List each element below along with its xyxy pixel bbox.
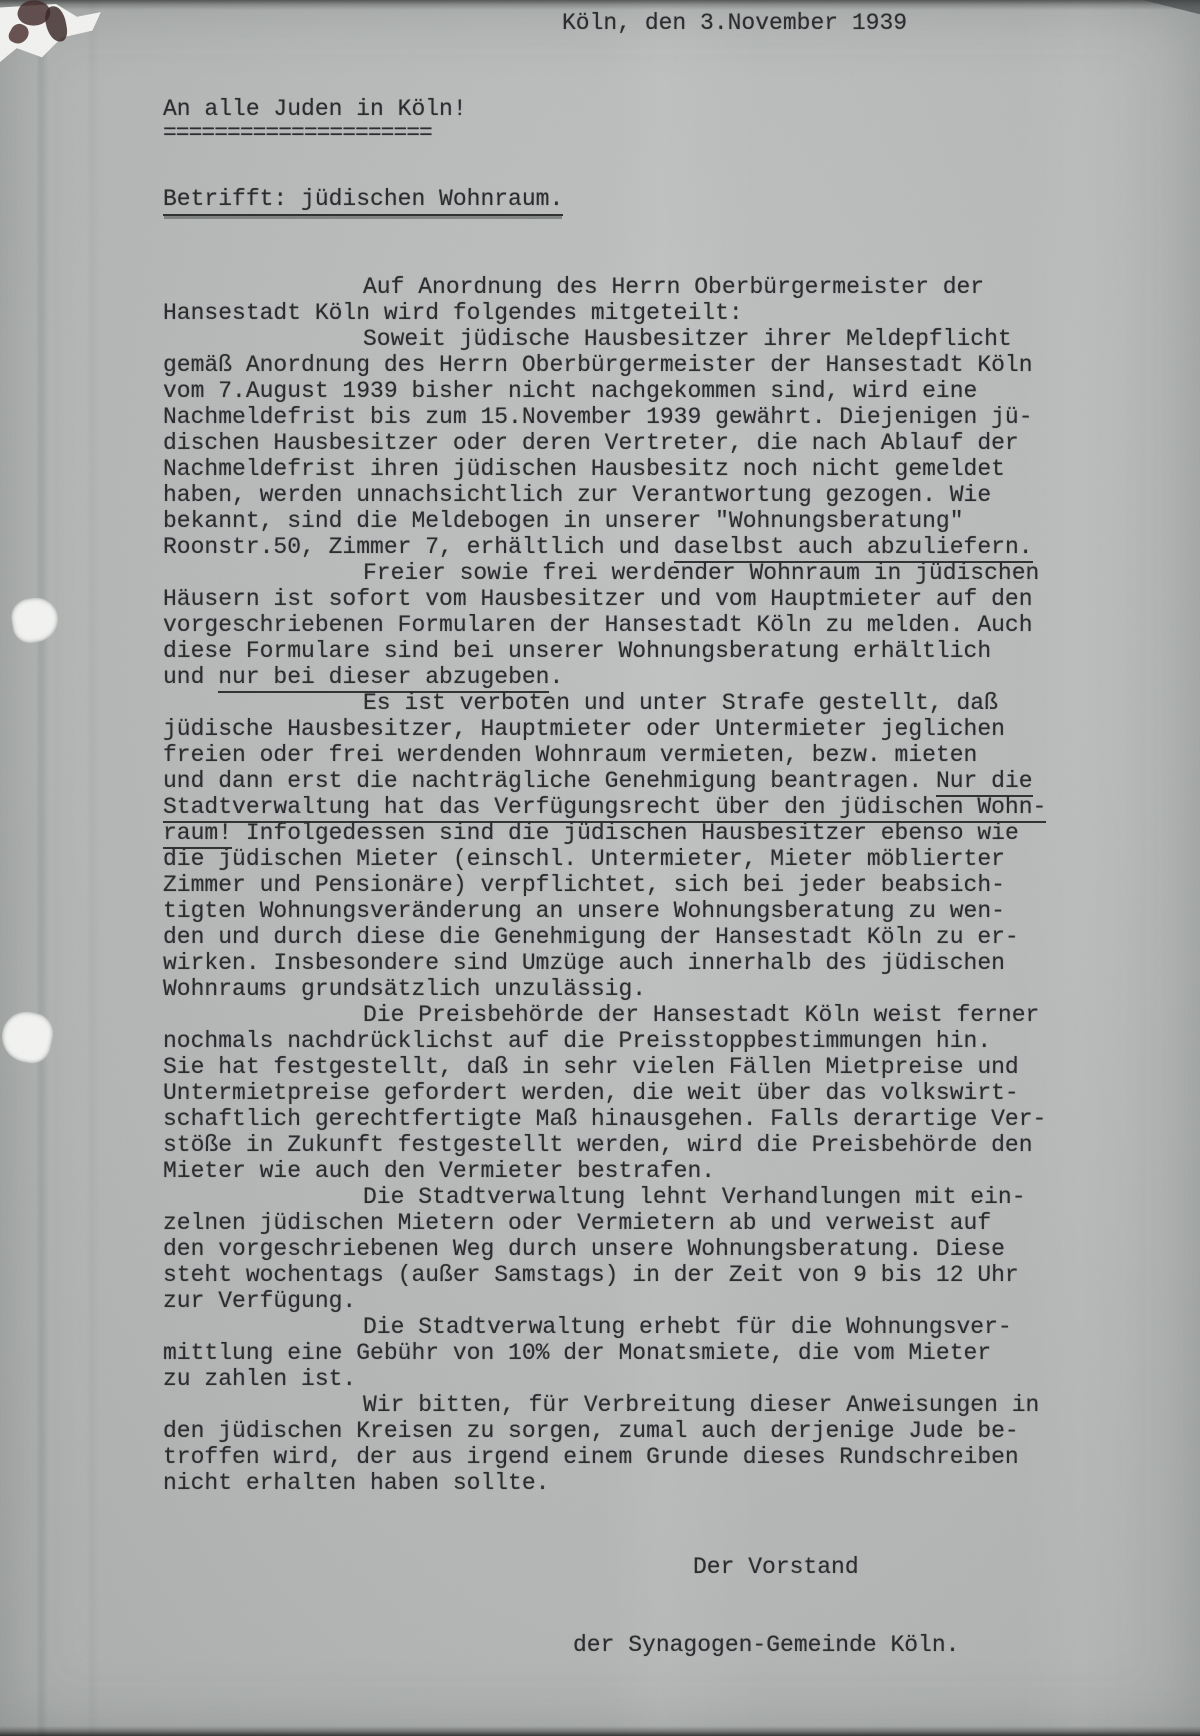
date-line: Köln, den 3.November 1939 [562,10,907,36]
document-line: gemäß Anordnung des Herrn Oberbürgermeis… [163,352,1083,378]
document-line: Mieter wie auch den Vermieter bestrafen. [163,1158,1083,1184]
closing-line: der Synagogen-Gemeinde Köln. [573,1632,959,1658]
text-segment: steht wochentags (außer Samstags) in der… [163,1262,1019,1288]
text-segment: Untermietpreise gefordert werden, die we… [163,1080,1019,1106]
underlined-text: Stadtverwaltung hat das Verfügungsrecht … [163,794,1046,823]
document-line: diese Formulare sind bei unserer Wohnung… [163,638,1083,664]
text-segment: und dann erst die nachträgliche Genehmig… [163,768,936,794]
text-segment: zur Verfügung. [163,1288,356,1314]
text-segment: Die Stadtverwaltung lehnt Verhandlungen … [363,1184,1026,1210]
document-line: zelnen jüdischen Mietern oder Vermietern… [163,1210,1083,1236]
text-segment: Freier sowie frei werdender Wohnraum in … [363,560,1039,586]
text-segment: den jüdischen Kreisen zu sorgen, zumal a… [163,1418,1019,1444]
document-line: Die Preisbehörde der Hansestadt Köln wei… [163,1002,1083,1028]
document-line: und nur bei dieser abzugeben. [163,664,1083,690]
document-line: Nachmeldefrist ihren jüdischen Hausbesit… [163,456,1083,482]
salutation-line: An alle Juden in Köln! [163,96,467,122]
text-segment: und [163,664,218,690]
text-segment: freien oder frei werdenden Wohnraum verm… [163,742,977,768]
text-segment: vom 7.August 1939 bisher nicht nachgekom… [163,378,977,404]
document-line: Häusern ist sofort vom Hausbesitzer und … [163,586,1083,612]
document-line: Die Stadtverwaltung lehnt Verhandlungen … [163,1184,1083,1210]
document-line: Die Stadtverwaltung erhebt für die Wohnu… [163,1314,1083,1340]
closing-block: Der Vorstand der Synagogen-Gemeinde Köln… [573,1502,959,1710]
hole-punch [9,595,61,646]
text-segment: zu zahlen ist. [163,1366,356,1392]
document-line: wirken. Insbesondere sind Umzüge auch in… [163,950,1083,976]
document-line: bekannt, sind die Meldebogen in unserer … [163,508,1083,534]
document-line: die jüdischen Mieter (einschl. Untermiet… [163,846,1083,872]
document-line: Sie hat festgestellt, daß in sehr vielen… [163,1054,1083,1080]
document-line: zu zahlen ist. [163,1366,1083,1392]
underlined-text: daselbst auch abzuliefern. [674,534,1033,563]
text-segment: wirken. Insbesondere sind Umzüge auch in… [163,950,1005,976]
document-line: steht wochentags (außer Samstags) in der… [163,1262,1083,1288]
text-segment: nicht erhalten haben sollte. [163,1470,549,1496]
text-segment: Infolgedessen sind die jüdischen Hausbes… [232,820,1019,846]
text-segment: stöße in Zukunft festgestellt werden, wi… [163,1132,1033,1158]
text-segment: Es ist verboten und unter Strafe gestell… [363,690,998,716]
document-line: den und durch diese die Genehmigung der … [163,924,1083,950]
text-segment: Nachmeldefrist bis zum 15.November 1939 … [163,404,1033,430]
text-segment: nochmals nachdrücklichst auf die Preisst… [163,1028,991,1054]
text-segment: gemäß Anordnung des Herrn Oberbürgermeis… [163,352,1033,378]
underlined-text: raum! [163,820,232,849]
document-line: zur Verfügung. [163,1288,1083,1314]
text-segment: den vorgeschriebenen Weg durch unsere Wo… [163,1236,1005,1262]
document-line: Freier sowie frei werdender Wohnraum in … [163,560,1083,586]
document-line: vom 7.August 1939 bisher nicht nachgekom… [163,378,1083,404]
document-line: den jüdischen Kreisen zu sorgen, zumal a… [163,1418,1083,1444]
document-line: Auf Anordnung des Herrn Oberbürgermeiste… [163,274,1083,300]
text-segment: den und durch diese die Genehmigung der … [163,924,1019,950]
text-segment: Wir bitten, für Verbreitung dieser Anwei… [363,1392,1039,1418]
document-line: haben, werden unnachsichtlich zur Verant… [163,482,1083,508]
text-segment: zelnen jüdischen Mietern oder Vermietern… [163,1210,991,1236]
text-segment: Roonstr.50, Zimmer 7, erhältlich und [163,534,674,560]
text-segment: diese Formulare sind bei unserer Wohnung… [163,638,991,664]
document-line: Hansestadt Köln wird folgendes mitgeteil… [163,300,1083,326]
text-segment: mittlung eine Gebühr von 10% der Monatsm… [163,1340,991,1366]
text-segment: troffen wird, der aus irgend einem Grund… [163,1444,1019,1470]
text-segment: bekannt, sind die Meldebogen in unserer … [163,508,964,534]
scan-edge-top [0,0,1200,10]
document-line: Zimmer und Pensionäre) verpflichtet, sic… [163,872,1083,898]
document-line: mittlung eine Gebühr von 10% der Monatsm… [163,1340,1083,1366]
text-segment: jüdische Hausbesitzer, Hauptmieter oder … [163,716,1005,742]
document-line: freien oder frei werdenden Wohnraum verm… [163,742,1083,768]
document-line: jüdische Hausbesitzer, Hauptmieter oder … [163,716,1083,742]
document-line: raum! Infolgedessen sind die jüdischen H… [163,820,1083,846]
underlined-text: Nur die [936,768,1033,797]
text-segment: Soweit jüdische Hausbesitzer ihrer Melde… [363,326,1012,352]
document-line: stöße in Zukunft festgestellt werden, wi… [163,1132,1083,1158]
text-segment: tigten Wohnungsveränderung an unsere Woh… [163,898,1005,924]
text-segment: Die Preisbehörde der Hansestadt Köln wei… [363,1002,1039,1028]
document-line: troffen wird, der aus irgend einem Grund… [163,1444,1083,1470]
salutation-underline: ===================== [163,120,432,146]
document-line: Soweit jüdische Hausbesitzer ihrer Melde… [163,326,1083,352]
text-segment: Die Stadtverwaltung erhebt für die Wohnu… [363,1314,1012,1340]
text-segment: dischen Hausbesitzer oder deren Vertrete… [163,430,1019,456]
document-line: dischen Hausbesitzer oder deren Vertrete… [163,430,1083,456]
text-segment: Sie hat festgestellt, daß in sehr vielen… [163,1054,1019,1080]
document-line: und dann erst die nachträgliche Genehmig… [163,768,1083,794]
text-segment: Häusern ist sofort vom Hausbesitzer und … [163,586,1033,612]
text-segment: Auf Anordnung des Herrn Oberbürgermeiste… [363,274,984,300]
text-segment: Nachmeldefrist ihren jüdischen Hausbesit… [163,456,1005,482]
text-segment: Zimmer und Pensionäre) verpflichtet, sic… [163,872,1005,898]
subject-text: Betrifft: jüdischen Wohnraum. [163,186,563,216]
text-segment: Wohnraums grundsätzlich unzulässig. [163,976,646,1002]
document-line: vorgeschriebenen Formularen der Hansesta… [163,612,1083,638]
text-segment: Mieter wie auch den Vermieter bestrafen. [163,1158,715,1184]
text-segment: die jüdischen Mieter (einschl. Untermiet… [163,846,1005,872]
document-line: den vorgeschriebenen Weg durch unsere Wo… [163,1236,1083,1262]
subject-line: Betrifft: jüdischen Wohnraum. [163,186,563,212]
closing-line: Der Vorstand [573,1554,959,1580]
document-line: Roonstr.50, Zimmer 7, erhältlich und das… [163,534,1083,560]
document-line: Wohnraums grundsätzlich unzulässig. [163,976,1083,1002]
scanned-letter-page: Köln, den 3.November 1939 An alle Juden … [0,0,1200,1736]
document-line: schaftlich gerechtfertigte Maß hinausgeh… [163,1106,1083,1132]
text-segment: Hansestadt Köln wird folgendes mitgeteil… [163,300,743,326]
document-line: nochmals nachdrücklichst auf die Preisst… [163,1028,1083,1054]
document-line: Untermietpreise gefordert werden, die we… [163,1080,1083,1106]
document-line: Nachmeldefrist bis zum 15.November 1939 … [163,404,1083,430]
document-line: nicht erhalten haben sollte. [163,1470,1083,1496]
document-line: Es ist verboten und unter Strafe gestell… [163,690,1083,716]
underlined-text: nur bei dieser abzugeben [218,664,549,693]
document-line: Wir bitten, für Verbreitung dieser Anwei… [163,1392,1083,1418]
text-segment: vorgeschriebenen Formularen der Hansesta… [163,612,1033,638]
document-line: tigten Wohnungsveränderung an unsere Woh… [163,898,1083,924]
document-body: Auf Anordnung des Herrn Oberbürgermeiste… [163,274,1083,1496]
document-line: Stadtverwaltung hat das Verfügungsrecht … [163,794,1083,820]
text-segment: haben, werden unnachsichtlich zur Verant… [163,482,991,508]
hole-punch [0,1007,57,1066]
text-segment: . [549,664,563,690]
scan-edge-bottom [0,1726,1200,1736]
text-segment: schaftlich gerechtfertigte Maß hinausgeh… [163,1106,1046,1132]
